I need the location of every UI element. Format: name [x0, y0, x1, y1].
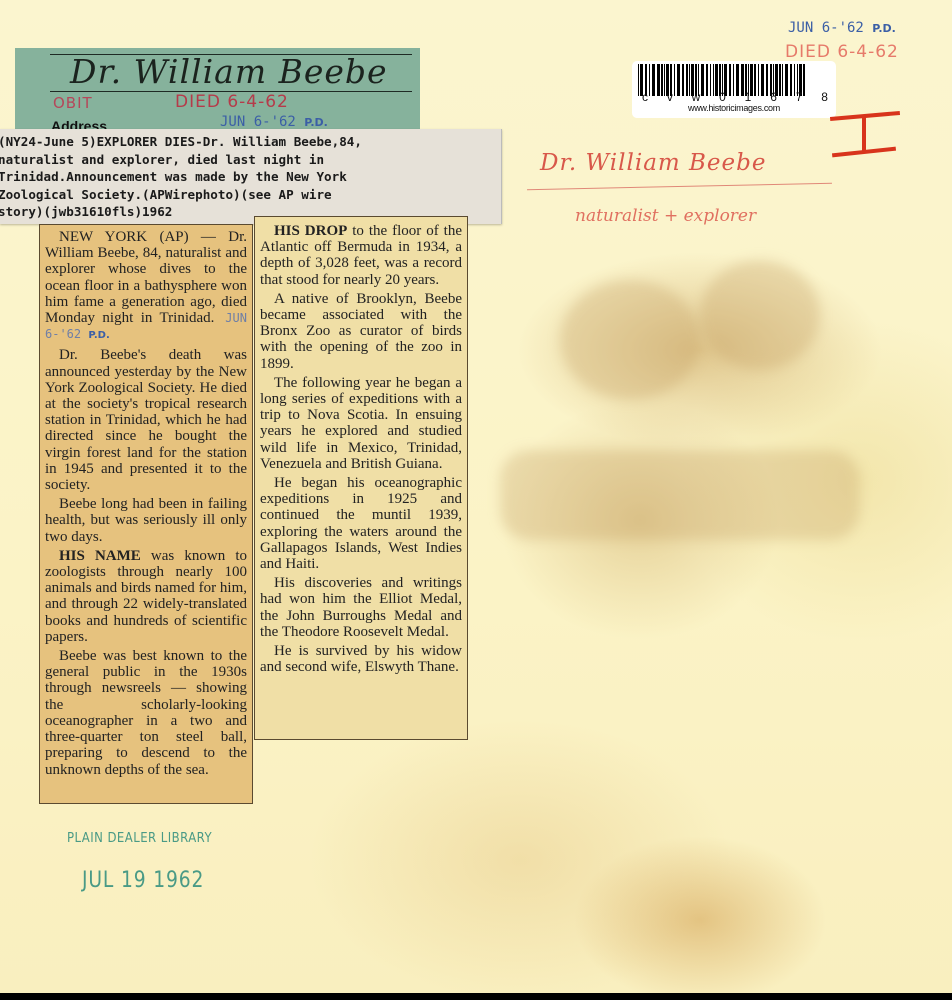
barcode-digit: 0 [719, 90, 726, 104]
paragraph-lead: HIS NAME [59, 548, 141, 564]
article-paragraph: He began his oceanographic expeditions i… [260, 475, 462, 572]
article-paragraph: Dr. Beebe's death was announced yesterda… [45, 347, 247, 493]
top-died-note: DIED 6-4-62 [785, 42, 899, 62]
article-paragraph: The following year he began a long serie… [260, 375, 462, 472]
paragraph-lead: HIS DROP [274, 223, 347, 239]
obit-note: OBIT [53, 94, 93, 112]
article-paragraph: Beebe was best known to the general publ… [45, 648, 247, 778]
stamp-code: P.D. [304, 116, 328, 129]
barcode-digit: v [667, 90, 673, 104]
top-received-stamp: JUN 6-'62 P.D. [788, 20, 896, 36]
library-stamp-date: JUL 19 1962 [82, 868, 204, 893]
index-card: Dr. William Beebe OBIT DIED 6-4-62 Addre… [15, 48, 420, 138]
stamp-date: JUN 6-'62 [788, 20, 864, 36]
article-paragraph: He is survived by his widow and second w… [260, 643, 462, 675]
barcode-label: cvw01678 www.historicimages.com [632, 61, 836, 118]
barcode-url: www.historicimages.com [632, 103, 836, 113]
card-received-stamp: JUN 6-'62 P.D. [220, 114, 328, 130]
photo-back-sheet: Dr. William Beebe OBIT DIED 6-4-62 Addre… [0, 0, 952, 993]
clipping-column-2: HIS DROP to the floor of the Atlantic of… [254, 216, 468, 740]
article-paragraph: A native of Brooklyn, Beebe became assoc… [260, 291, 462, 372]
stamp-code: P.D. [872, 22, 896, 35]
wire-caption: (NY24-June 5)EXPLORER DIES-Dr. William B… [0, 129, 502, 224]
article-paragraph: His discoveries and writings had won him… [260, 575, 462, 640]
article-paragraph: HIS NAME was known to zoologists through… [45, 548, 247, 645]
library-stamp-name: PLAIN DEALER LIBRARY [67, 831, 212, 846]
card-died-note: DIED 6-4-62 [175, 92, 289, 112]
article-paragraph: HIS DROP to the floor of the Atlantic of… [260, 223, 462, 288]
caption-text: (NY24-June 5)EXPLORER DIES-Dr. William B… [0, 129, 499, 221]
barcode-digit: w [692, 90, 701, 104]
bleed-through-shape [500, 450, 860, 540]
handwritten-occupation: naturalist + explorer [575, 206, 756, 226]
bleed-through-shape [560, 280, 700, 400]
name-underline [527, 183, 832, 190]
barcode-digit: 6 [770, 90, 777, 104]
stamp-date: JUN 6-'62 [220, 114, 296, 130]
inline-received-stamp: JUN 6-'62 P.D. [45, 311, 247, 341]
card-name-handwriting: Dr. William Beebe [70, 52, 388, 91]
article-paragraph: Beebe long had been in failing health, b… [45, 496, 247, 545]
barcode-digit: 8 [821, 90, 828, 104]
bleed-through-shape [700, 260, 820, 370]
roman-numeral-mark [830, 106, 900, 158]
barcode-digit: 1 [745, 90, 752, 104]
barcode-digit: c [642, 90, 648, 104]
barcode-digit: 7 [796, 90, 803, 104]
clipping-column-1: NEW YORK (AP) — Dr. William Beebe, 84, n… [39, 224, 253, 804]
barcode-digits: cvw01678 [642, 90, 828, 104]
article-paragraph: NEW YORK (AP) — Dr. William Beebe, 84, n… [45, 229, 247, 344]
handwritten-name: Dr. William Beebe [540, 150, 766, 176]
